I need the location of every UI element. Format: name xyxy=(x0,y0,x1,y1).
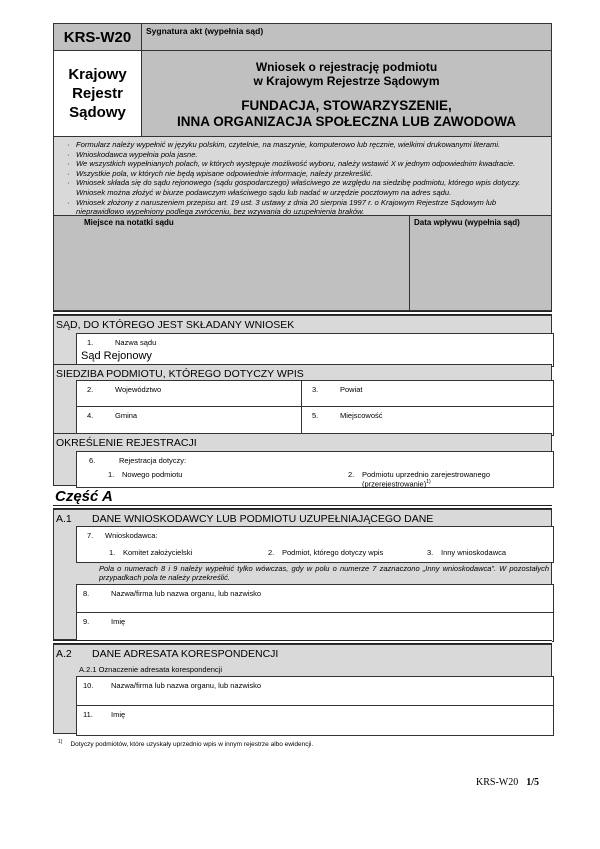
applicant-field: 7. Wnioskodawca: 1.Komitet założycielski… xyxy=(76,526,554,563)
court-section: SĄD, DO KTÓREGO JEST SKŁADANY WNIOSEK 1.… xyxy=(53,315,552,365)
field-label: Miejscowość xyxy=(340,411,383,420)
seat-section: SIEDZIBA PODMIOTU, KTÓREGO DOTYCZY WPIS … xyxy=(53,364,552,434)
form-subtitle: INNA ORGANIZACJA SPOŁECZNA LUB ZAWODOWA xyxy=(142,114,551,130)
option-label: Komitet założycielski xyxy=(123,548,192,557)
instruction-item: We wszystkich wypełnianych polach, w któ… xyxy=(76,159,545,169)
option-label: Podmiot, którego dotyczy wpis xyxy=(282,548,383,557)
field-label: Nazwa sądu xyxy=(115,338,156,347)
section-title: DANE ADRESATA KORESPONDENCJI xyxy=(92,648,278,660)
field-label: Rejestracja dotyczy: xyxy=(119,456,186,465)
correspondent-first-name-field[interactable]: 11. Imię xyxy=(76,705,554,736)
registry-line: Krajowy xyxy=(68,65,126,84)
field-number: 2. xyxy=(87,385,93,394)
instruction-item: Wniosek składa się do sądu rejonowego (s… xyxy=(76,178,545,197)
option-entity-concerned[interactable]: 2.Podmiot, którego dotyczy wpis xyxy=(268,548,383,557)
field-number: 10. xyxy=(83,681,93,690)
option-number: 2. xyxy=(268,548,282,557)
footnote-ref: 1) xyxy=(426,479,430,485)
option-reregistered-entity[interactable]: 2.Podmiotu uprzednio zarejestrowanego(pr… xyxy=(348,470,490,489)
registry-line: Sądowy xyxy=(68,103,126,122)
form-subtitle: FUNDACJA, STOWARZYSZENIE, xyxy=(142,98,551,114)
field-number: 11. xyxy=(83,710,93,719)
case-signature-field: Sygnatura akt (wypełnia sąd) xyxy=(141,23,552,51)
registration-type-field: 6. Rejestracja dotyczy: 1.Nowego podmiot… xyxy=(76,451,554,488)
field-label: Gmina xyxy=(115,411,137,420)
option-number: 3. xyxy=(427,548,441,557)
registration-section: OKREŚLENIE REJESTRACJI 6. Rejestracja do… xyxy=(53,433,552,486)
option-number: 1. xyxy=(108,470,122,479)
instruction-item: Wszystkie pola, w których nie będą wpisa… xyxy=(76,169,545,179)
field-label: Województwo xyxy=(115,385,161,394)
option-label: Inny wnioskodawca xyxy=(441,548,506,557)
subsection-heading: A.2.1 Oznaczenie adresata korespondencji xyxy=(79,665,222,674)
section-number: A.1 xyxy=(56,513,92,525)
option-founding-committee[interactable]: 1.Komitet założycielski xyxy=(109,548,192,557)
section-heading: A.2DANE ADRESATA KORESPONDENCJI xyxy=(56,648,278,660)
field-number: 7. xyxy=(87,531,93,540)
option-label: Podmiotu uprzednio zarejestrowanego xyxy=(362,470,490,479)
court-name-field[interactable]: 1. Nazwa sądu Sąd Rejonowy xyxy=(76,333,554,367)
option-new-entity[interactable]: 1.Nowego podmiotu xyxy=(108,470,182,479)
field-number: 1. xyxy=(87,338,93,347)
receipt-date-area: Data wpływu (wypełnia sąd) xyxy=(409,215,552,311)
option-label-2: (przerejestrowanie) xyxy=(362,480,426,489)
locality-field[interactable]: 5. Miejscowość xyxy=(301,406,554,436)
court-notes-label: Miejsce na notatki sądu xyxy=(84,218,174,227)
footnote-marker: 1) xyxy=(58,739,62,745)
field-label: Nazwa/firma lub nazwa organu, lub nazwis… xyxy=(111,589,261,598)
instruction-item: Wniosek złożony z naruszeniem przepisu a… xyxy=(76,198,545,217)
instruction-item: Formularz należy wypełnić w języku polsk… xyxy=(76,140,545,150)
field-number: 3. xyxy=(312,385,318,394)
form-title: Wniosek o rejestrację podmiotu xyxy=(142,60,551,74)
field-number: 8. xyxy=(83,589,89,598)
footer-form-code: KRS-W20 xyxy=(476,777,518,788)
instructions: Formularz należy wypełnić w języku polsk… xyxy=(53,136,552,216)
field-label: Wnioskodawca: xyxy=(105,531,158,540)
section-heading: SĄD, DO KTÓREGO JEST SKŁADANY WNIOSEK xyxy=(56,319,294,331)
section-heading: SIEDZIBA PODMIOTU, KTÓREGO DOTYCZY WPIS xyxy=(56,368,304,380)
municipality-field[interactable]: 4. Gmina xyxy=(76,406,304,436)
field-label: Powiat xyxy=(340,385,363,394)
field-number: 6. xyxy=(89,456,95,465)
section-number: A.2 xyxy=(56,648,92,660)
field-label: Imię xyxy=(111,617,125,626)
field-number: 9. xyxy=(83,617,89,626)
registry-name: Krajowy Rejestr Sądowy xyxy=(53,50,142,137)
form-code: KRS-W20 xyxy=(53,23,142,51)
instruction-item: Wnioskodawca wypełnia pola jasne. xyxy=(76,150,545,160)
footnote: 1)Dotyczy podmiotów, które uzyskały uprz… xyxy=(58,739,313,748)
part-a-title: Część A xyxy=(55,488,113,505)
option-number: 2. xyxy=(348,470,362,479)
applicant-name-field[interactable]: 8. Nazwa/firma lub nazwa organu, lub naz… xyxy=(76,584,554,615)
section-a1: A.1DANE WNIOSKODAWCY LUB PODMIOTU UZUPEŁ… xyxy=(53,509,552,640)
receipt-date-label: Data wpływu (wypełnia sąd) xyxy=(414,218,520,227)
footnote-text: Dotyczy podmiotów, które uzyskały uprzed… xyxy=(70,741,313,748)
section-title: DANE WNIOSKODAWCY LUB PODMIOTU UZUPEŁNIA… xyxy=(92,513,433,525)
voivodeship-field[interactable]: 2. Województwo xyxy=(76,380,304,409)
a1-note: Pola o numerach 8 i 9 należy wypełnić ty… xyxy=(99,564,549,582)
option-number: 1. xyxy=(109,548,123,557)
court-name-value[interactable]: Sąd Rejonowy xyxy=(81,350,152,362)
court-notes-area: Miejsce na notatki sądu xyxy=(53,215,410,311)
page-footer: KRS-W201/5 xyxy=(476,777,539,788)
field-label: Imię xyxy=(111,710,125,719)
field-number: 5. xyxy=(312,411,318,420)
form-title: w Krajowym Rejestrze Sądowym xyxy=(142,74,551,88)
option-other-applicant[interactable]: 3.Inny wnioskodawca xyxy=(427,548,506,557)
page-number: 1/5 xyxy=(526,777,539,788)
correspondent-name-field[interactable]: 10. Nazwa/firma lub nazwa organu, lub na… xyxy=(76,676,554,708)
applicant-first-name-field[interactable]: 9. Imię xyxy=(76,612,554,642)
option-label: Nowego podmiotu xyxy=(122,470,182,479)
case-signature-label: Sygnatura akt (wypełnia sąd) xyxy=(146,26,263,36)
section-a2: A.2DANE ADRESATA KORESPONDENCJI A.2.1 Oz… xyxy=(53,644,552,734)
county-field[interactable]: 3. Powiat xyxy=(301,380,554,409)
field-label: Nazwa/firma lub nazwa organu, lub nazwis… xyxy=(111,681,261,690)
section-heading: A.1DANE WNIOSKODAWCY LUB PODMIOTU UZUPEŁ… xyxy=(56,513,433,525)
field-number: 4. xyxy=(87,411,93,420)
registry-line: Rejestr xyxy=(68,84,126,103)
section-heading: OKREŚLENIE REJESTRACJI xyxy=(56,437,197,449)
form-title-block: Wniosek o rejestrację podmiotu w Krajowy… xyxy=(141,50,552,137)
